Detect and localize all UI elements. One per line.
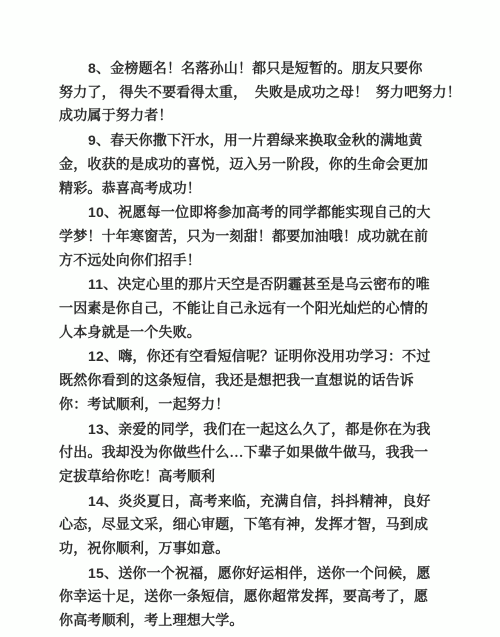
- document-page: { "page": { "background": "#fdfffd", "te…: [0, 0, 500, 637]
- paragraph-item-8: 8、金榜题名！名落孙山！都只是短暂的。朋友只要你 努力了， 得失不要看得太重， …: [59, 57, 459, 129]
- item-number: 12、: [88, 348, 118, 364]
- item-number: 9、: [88, 132, 110, 148]
- paragraph-item-11: 11、决定心里的那片天空是否阴霾甚至是乌云密布的唯 一因素是你自己，不能让自己永…: [59, 273, 459, 345]
- paragraph-item-9: 9、春天你撒下汗水，用一片碧绿来换取金秋的满地黄 金，收获的是成功的喜悦，迈入另…: [59, 129, 459, 201]
- item-number: 15、: [88, 565, 118, 581]
- item-text: 春天你撒下汗水，用一片碧绿来换取金秋的满地黄 金，收获的是成功的喜悦，迈入另一阶…: [59, 134, 428, 196]
- item-number: 14、: [88, 493, 118, 509]
- paragraph-item-10: 10、祝愿每一位即将参加高考的同学都能实现自己的大 学梦！十年寒窗苦，只为一刻甜…: [59, 201, 459, 273]
- paragraph-item-13: 13、亲爱的同学，我们在一起这么久了，都是你在为我 付出。我却没为你做些什么…下…: [59, 418, 459, 490]
- item-number: 11、: [88, 276, 117, 292]
- item-number: 8、: [88, 60, 110, 76]
- paragraph-item-14: 14、炎炎夏日，高考来临，充满自信，抖抖精神，良好 心态，尽显文采，细心审题，下…: [59, 490, 459, 562]
- paragraph-item-15: 15、送你一个祝福，愿你好运相伴，送你一个问候，愿 你幸运十足，送你一条短信，愿…: [59, 562, 459, 634]
- document-body: 8、金榜题名！名落孙山！都只是短暂的。朋友只要你 努力了， 得失不要看得太重， …: [59, 57, 459, 634]
- item-number: 13、: [88, 421, 118, 437]
- item-number: 10、: [88, 204, 118, 220]
- paragraph-item-12: 12、嗨，你还有空看短信呢？证明你没用功学习：不过 既然你看到的这条短信，我还是…: [59, 345, 459, 417]
- item-text: 金榜题名！名落孙山！都只是短暂的。朋友只要你 努力了， 得失不要看得太重， 失败…: [59, 62, 461, 124]
